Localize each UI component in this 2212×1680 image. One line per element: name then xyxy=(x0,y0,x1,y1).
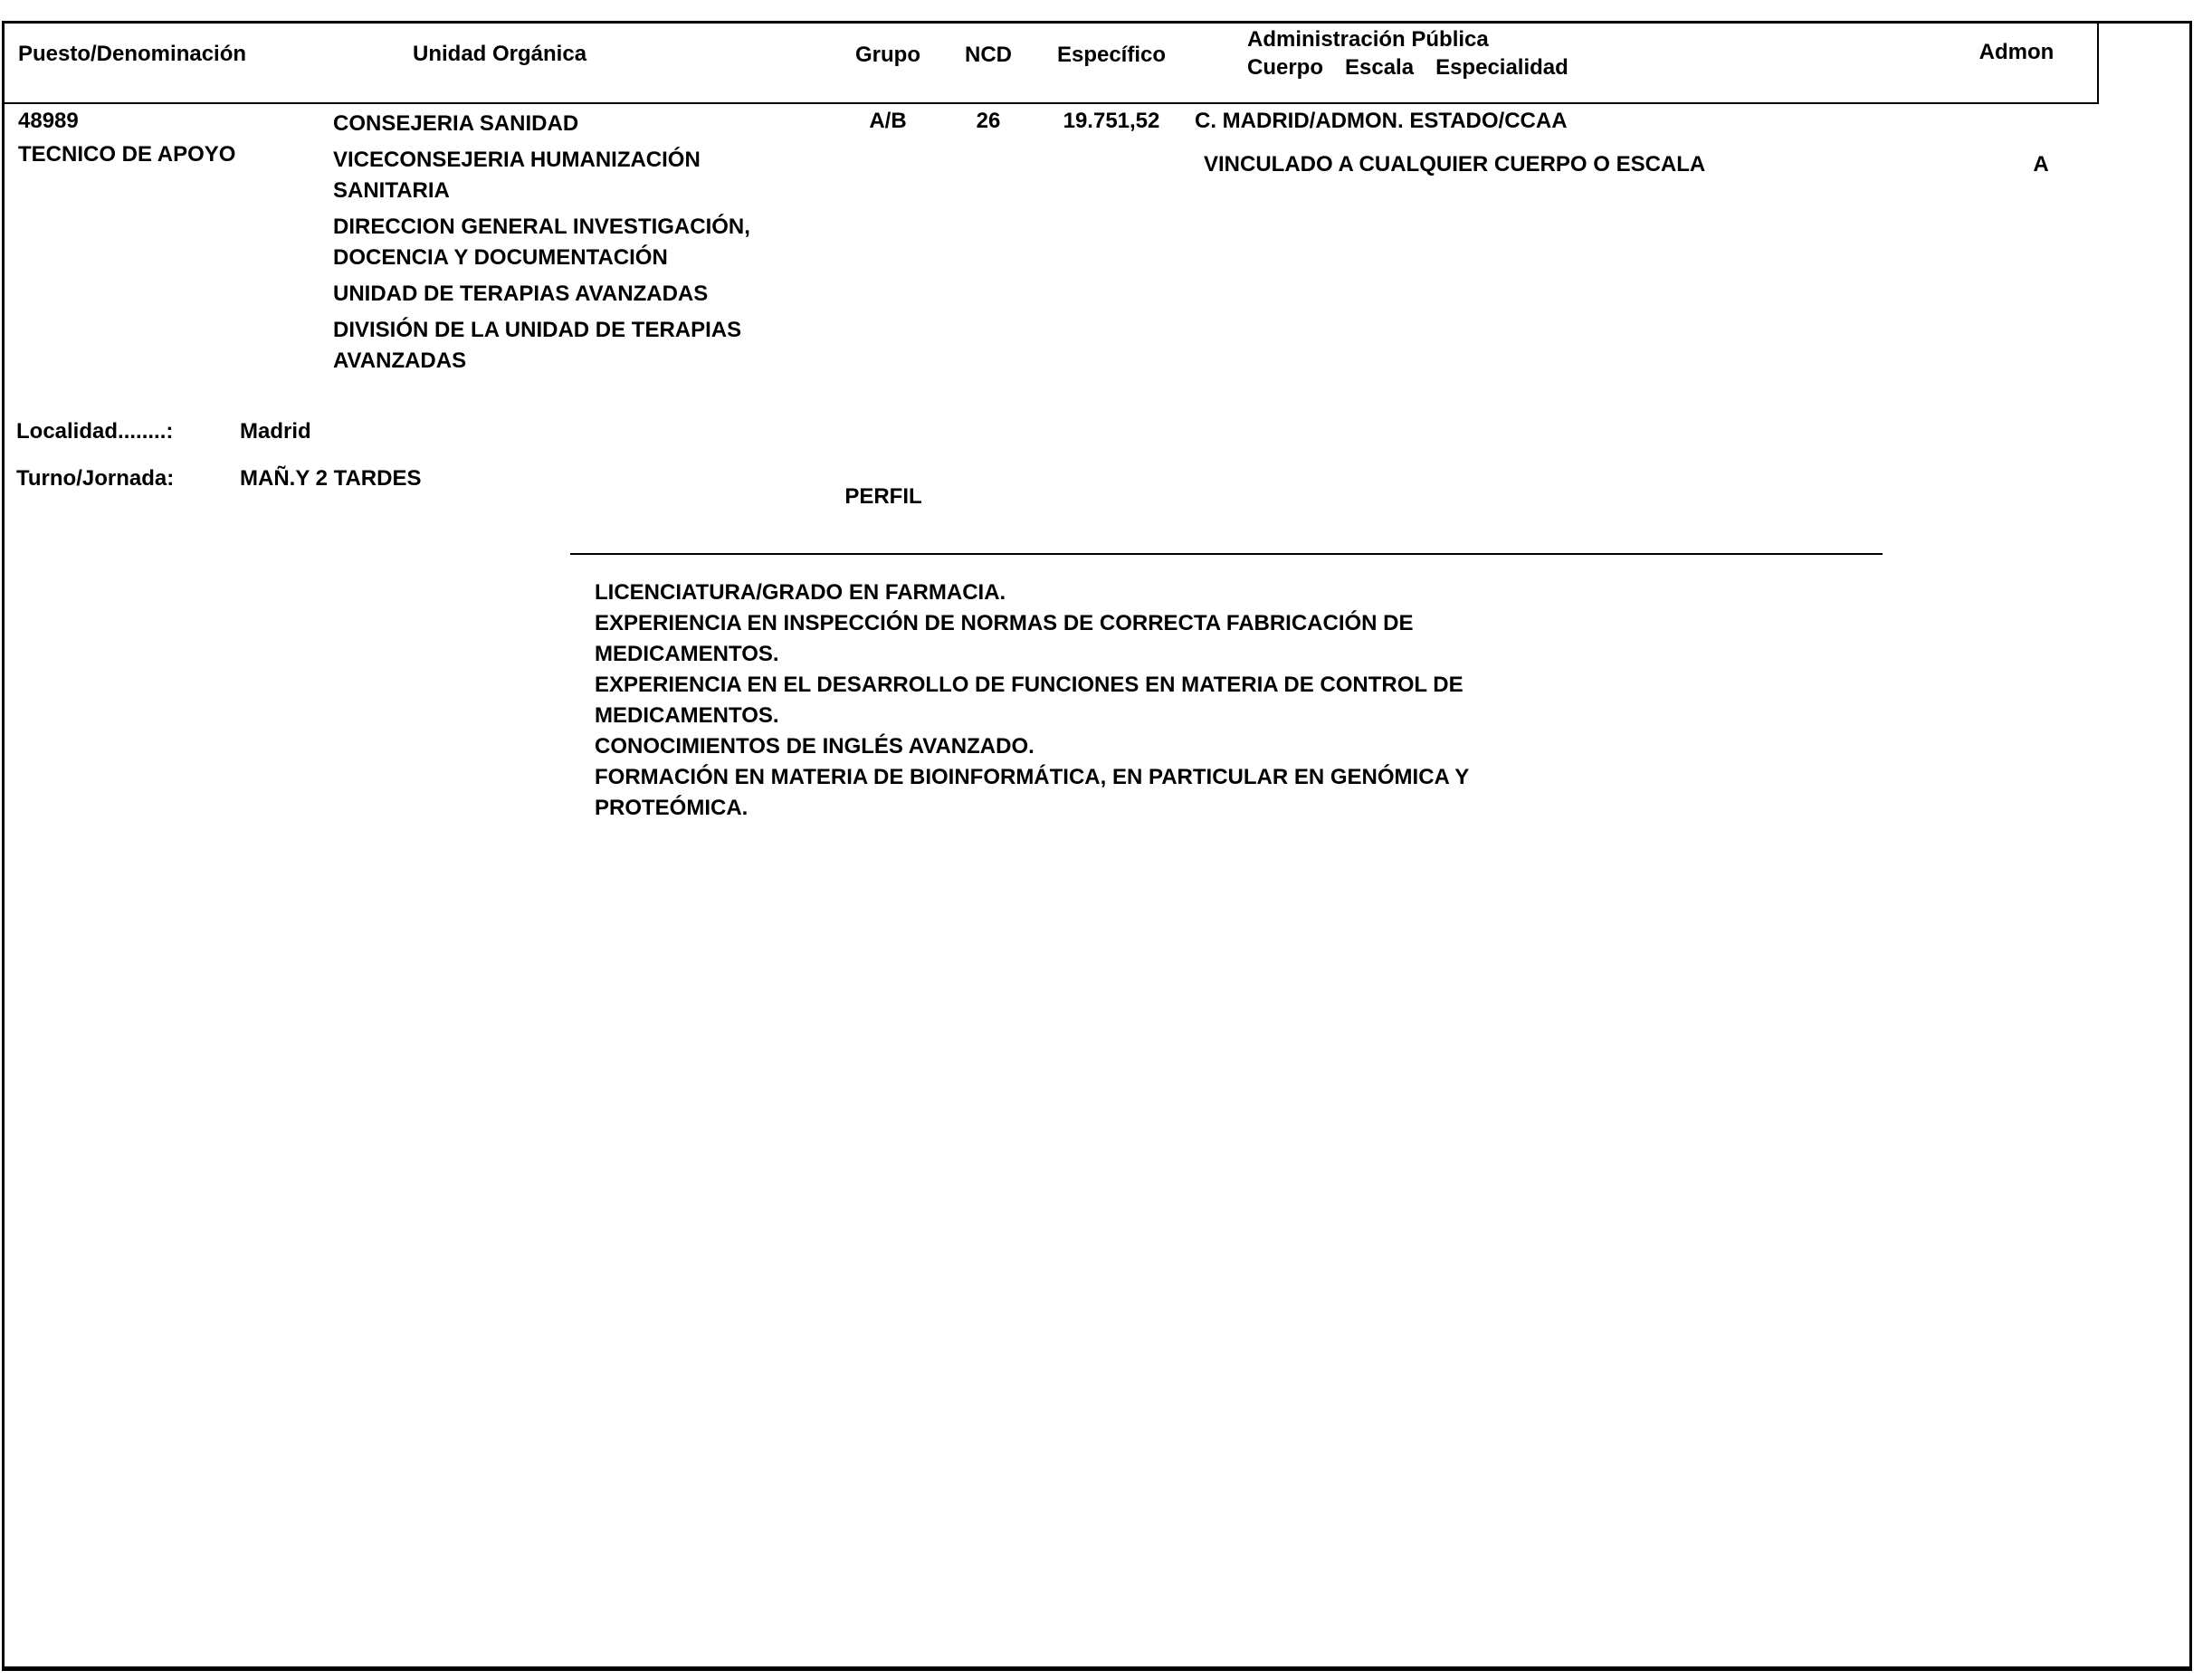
col-header-administracion-publica: Administración Pública Cuerpo Escala Esp… xyxy=(1247,25,1568,81)
position-admon-value: A xyxy=(1991,151,2091,178)
position-grupo-value: A/B xyxy=(834,108,942,135)
col-header-cuerpo: Cuerpo xyxy=(1247,53,1323,81)
organic-unit: VICECONSEJERIA HUMANIZACIÓN SANITARIA xyxy=(333,145,903,206)
organic-unit: DIRECCION GENERAL INVESTIGACIÓN, DOCENCI… xyxy=(333,212,903,273)
perfil-item: EXPERIENCIA EN EL DESARROLLO DE FUNCIONE… xyxy=(595,670,1789,731)
position-code: 48989 xyxy=(18,108,79,135)
col-header-especialidad: Especialidad xyxy=(1435,53,1568,81)
perfil-item: LICENCIATURA/GRADO EN FARMACIA. xyxy=(595,577,1789,608)
localidad-value: Madrid xyxy=(240,418,311,445)
header-right-divider xyxy=(2097,21,2099,104)
perfil-rule xyxy=(570,553,1883,555)
col-header-cuerpo-escala-especialidad: Cuerpo Escala Especialidad xyxy=(1247,53,1568,81)
col-header-admon: Admon xyxy=(1962,39,2071,66)
organic-unit: CONSEJERIA SANIDAD xyxy=(333,109,903,139)
organic-unit: DIVISIÓN DE LA UNIDAD DE TERAPIAS AVANZA… xyxy=(333,315,903,377)
position-denomination: TECNICO DE APOYO xyxy=(18,141,235,168)
organic-unit: UNIDAD DE TERAPIAS AVANZADAS xyxy=(333,279,903,310)
perfil-item: CONOCIMIENTOS DE INGLÉS AVANZADO. xyxy=(595,731,1789,762)
col-header-puesto-denominacion: Puesto/Denominación xyxy=(18,41,246,68)
page-border xyxy=(2,21,2192,1671)
perfil-item: FORMACIÓN EN MATERIA DE BIOINFORMÁTICA, … xyxy=(595,762,1789,824)
col-header-unidad-organica: Unidad Orgánica xyxy=(413,41,586,68)
organic-units-list: CONSEJERIA SANIDAD VICECONSEJERIA HUMANI… xyxy=(333,109,903,382)
perfil-requirements-list: LICENCIATURA/GRADO EN FARMACIA. EXPERIEN… xyxy=(595,577,1789,824)
position-especifico-value: 19.751,52 xyxy=(1021,108,1202,135)
col-header-especifico: Específico xyxy=(1021,42,1202,69)
localidad-label: Localidad........: xyxy=(16,418,173,445)
col-header-escala: Escala xyxy=(1345,53,1414,81)
turno-jornada-value: MAÑ.Y 2 TARDES xyxy=(240,465,421,492)
position-administracion-publica-value: C. MADRID/ADMON. ESTADO/CCAA xyxy=(1195,108,1568,135)
col-header-administracion-publica-line1: Administración Pública xyxy=(1247,25,1568,53)
position-cuerpo-escala-value: VINCULADO A CUALQUIER CUERPO O ESCALA xyxy=(1204,151,1705,178)
turno-jornada-label: Turno/Jornada: xyxy=(16,465,174,492)
perfil-item: EXPERIENCIA EN INSPECCIÓN DE NORMAS DE C… xyxy=(595,608,1789,670)
header-bottom-rule xyxy=(2,102,2097,104)
col-header-grupo: Grupo xyxy=(834,42,942,69)
perfil-title: PERFIL xyxy=(815,483,952,511)
document-page: Puesto/Denominación Unidad Orgánica Grup… xyxy=(0,0,2212,1680)
